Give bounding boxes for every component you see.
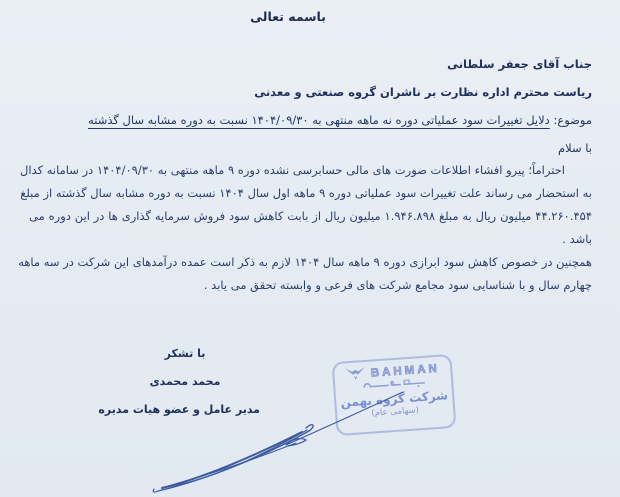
body-line: ۴۴.۲۶۰.۴۵۴ میلیون ریال به مبلغ ۱.۹۴۶.۸۹۸… (29, 205, 592, 228)
body-paragraph-2: همچنین در خصوص کاهش سود ابرازی دوره ۹ ما… (29, 251, 592, 297)
bahman-wings-icon (344, 366, 367, 382)
subject-label: موضوع: (553, 113, 592, 127)
closing-line: با تشکر (110, 346, 260, 361)
signatory-title: مدیر عامل و عضو هیات مدیره (110, 402, 260, 417)
body-line: همچنین در خصوص کاهش سود ابرازی دوره ۹ ما… (29, 251, 592, 274)
recipient-name: جناب آقای جعفر سلطانی (447, 57, 592, 71)
subject-line: موضوع: دلایل تغییرات سود عملیاتی دوره نه… (28, 113, 592, 127)
body-line: احتراماً؛ پیرو افشاء اطلاعات صورت های ما… (29, 159, 592, 182)
stamp-brand-latin: BAHMAN (370, 362, 440, 379)
body-line: باشد . (29, 228, 592, 251)
salutation: با سلام (558, 141, 592, 155)
signature-block: با تشکر محمد محمدی مدیر عامل و عضو هیات … (110, 346, 260, 430)
company-stamp: BAHMAN شرکت گروه بهمن (سهامی عام) (332, 354, 457, 436)
body-line: چهارم سال و با شناسایی سود مجامع شرکت ها… (29, 274, 592, 297)
stamp-company-type: (سهامی عام) (371, 405, 419, 418)
bismillah-heading: باسمه تعالی (0, 9, 576, 24)
subject-text: دلایل تغییرات سود عملیاتی دوره نه ماهه م… (88, 113, 550, 127)
signatory-name: محمد محمدی (110, 374, 260, 389)
recipient-title: ریاست محترم اداره نظارت بر ناشران گروه ص… (254, 85, 592, 99)
body-line: به استحضار می رساند علت تغییرات سود عملی… (29, 182, 592, 205)
body-paragraph-1: احتراماً؛ پیرو افشاء اطلاعات صورت های ما… (29, 159, 592, 251)
letter-page: باسمه تعالی جناب آقای جعفر سلطانی ریاست … (0, 0, 620, 497)
